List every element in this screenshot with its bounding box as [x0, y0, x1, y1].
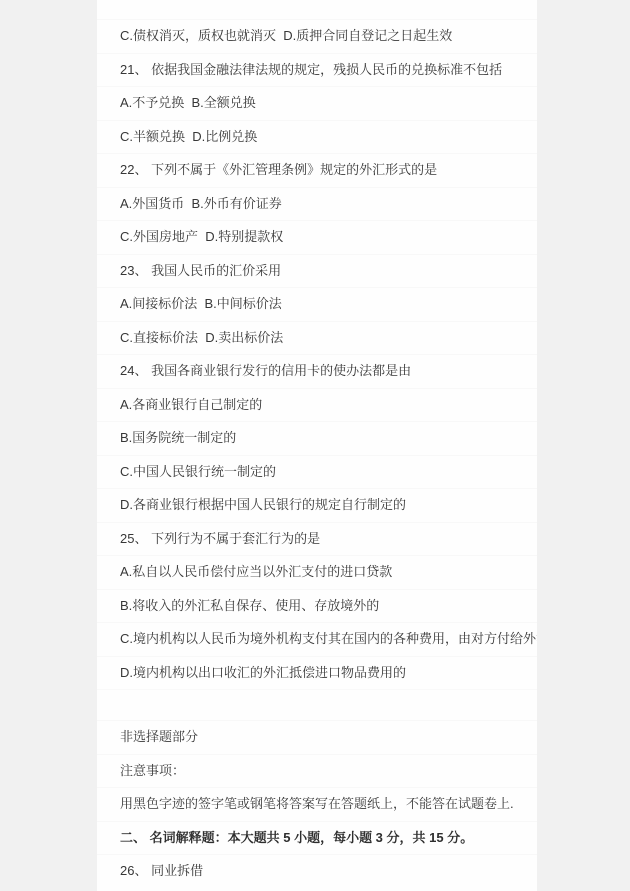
answer-option-line: A.外国货币 B.外币有价证券 [97, 187, 537, 221]
question-26-line: 26、 同业拆借 [97, 854, 537, 888]
notice-heading: 注意事项： [97, 754, 537, 788]
answer-option-line: D.各商业银行根据中国人民银行的规定自行制定的 [97, 488, 537, 522]
answer-option-line: C.债权消灭，质权也就消灭 D.质押合同自登记之日起生效 [97, 19, 537, 53]
question-21-line: 21、 依据我国金融法律法规的规定，残损人民币的兑换标准不包括 [97, 53, 537, 87]
question-22-line: 22、 下列不属于《外汇管理条例》规定的外汇形式的是 [97, 153, 537, 187]
answer-option-line: C.外国房地产 D.特别提款权 [97, 220, 537, 254]
section-heading-definition-questions: 二、 名词解释题：本大题共 5 小题，每小题 3 分，共 15 分。 [97, 821, 537, 855]
instruction-line: 用黑色字迹的签字笔或钢笔将答案写在答题纸上，不能答在试题卷上. [97, 787, 537, 821]
answer-option-line: C.境内机构以人民币为境外机构支付其在国内的各种费用，由对方付给外汇 [97, 622, 537, 656]
question-25-line: 25、 下列行为不属于套汇行为的是 [97, 522, 537, 556]
section-title-non-choice: 非选择题部分 [97, 720, 537, 754]
document-page: C.债权消灭，质权也就消灭 D.质押合同自登记之日起生效 21、 依据我国金融法… [97, 0, 537, 891]
answer-option-line: A.不予兑换 B.全额兑换 [97, 86, 537, 120]
answer-option-line: C.半额兑换 D.比例兑换 [97, 120, 537, 154]
exam-document-screenshot: { "document": { "background_color": "#f1… [0, 0, 630, 891]
answer-option-line: D.境内机构以出口收汇的外汇抵偿进口物品费用的 [97, 656, 537, 690]
document-text-block: C.债权消灭，质权也就消灭 D.质押合同自登记之日起生效 21、 依据我国金融法… [97, 0, 537, 888]
answer-option-line: B.国务院统一制定的 [97, 421, 537, 455]
section-break [97, 689, 537, 720]
question-23-line: 23、 我国人民币的汇价采用 [97, 254, 537, 288]
answer-option-line: A.各商业银行自己制定的 [97, 388, 537, 422]
answer-option-line: C.中国人民银行统一制定的 [97, 455, 537, 489]
question-24-line: 24、 我国各商业银行发行的信用卡的使办法都是由 [97, 354, 537, 388]
answer-option-line: C.直接标价法 D.卖出标价法 [97, 321, 537, 355]
answer-option-line: A.间接标价法 B.中间标价法 [97, 287, 537, 321]
answer-option-line: B.将收入的外汇私自保存、使用、存放境外的 [97, 589, 537, 623]
answer-option-line: A.私自以人民币偿付应当以外汇支付的进口贷款 [97, 555, 537, 589]
